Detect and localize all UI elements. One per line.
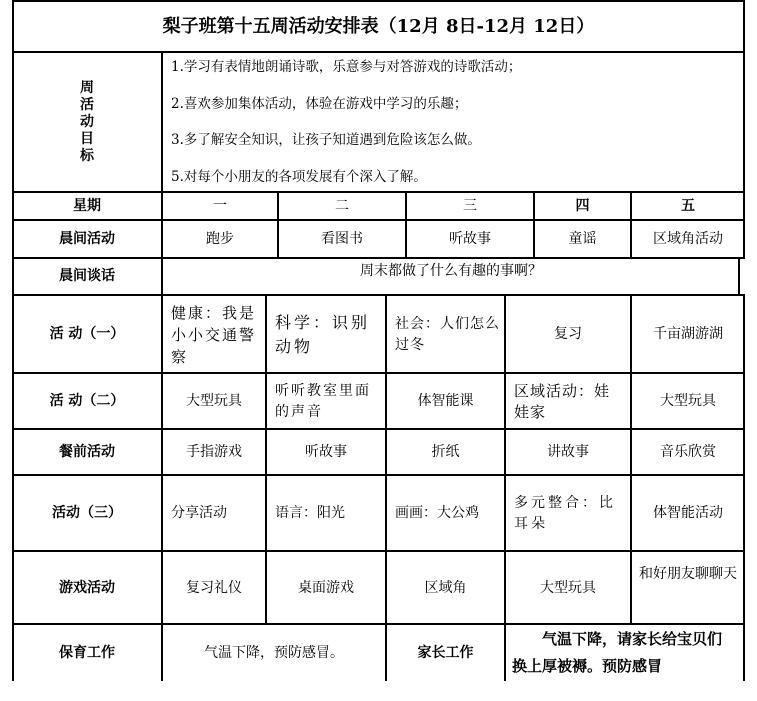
grid-line: [385, 294, 387, 681]
activity-3-fri: 体智能活动: [632, 476, 744, 551]
grid-line: [12, 550, 745, 552]
morning-activity-label: 晨间活动: [13, 221, 161, 258]
activity-1-fri: 千亩湖游湖: [632, 296, 744, 373]
grid-line: [504, 294, 506, 681]
game-activity-tue: 桌面游戏: [267, 552, 385, 624]
grid-line: [630, 294, 632, 625]
grid-line: [12, 623, 745, 625]
grid-line: [12, 0, 745, 2]
pre-meal-fri: 音乐欣赏: [632, 430, 744, 475]
grid-line: [533, 191, 535, 259]
goal-item: 3.多了解安全知识，让孩子知道遇到危险该怎么做。: [171, 130, 481, 151]
weekday-tue: 二: [279, 193, 405, 220]
game-activity-thu: 大型玩具: [506, 552, 630, 624]
activity-3-mon: 分享活动: [163, 476, 265, 551]
grid-line: [265, 294, 267, 625]
pre-meal-mon: 手指游戏: [163, 430, 265, 475]
morning-activity-fri: 区域角活动: [632, 221, 744, 258]
pre-meal-tue: 听故事: [267, 430, 385, 475]
weekday-fri: 五: [632, 193, 744, 220]
activity-2-tue: 听听教室里面的声音: [267, 374, 385, 429]
activity-1-thu: 复习: [506, 296, 630, 373]
morning-talk-value: 周末都做了什么有趣的事啊？: [163, 259, 739, 294]
grid-line: [161, 51, 163, 681]
game-activity-fri: 和好朋友聊聊天: [632, 552, 744, 624]
grid-line: [12, 294, 745, 296]
grid-line: [738, 257, 740, 295]
pre-meal-thu: 讲故事: [506, 430, 630, 475]
grid-line: [743, 0, 745, 258]
activity-3-label: 活动（三）: [13, 476, 161, 551]
game-activity-label: 游戏活动: [13, 552, 161, 624]
goal-item: 2.喜欢参加集体活动，体验在游戏中学习的乐趣；: [171, 94, 467, 115]
goal-label-char: 活: [80, 97, 94, 114]
morning-talk-label: 晨间谈话: [13, 259, 161, 294]
grid-line: [12, 0, 14, 681]
weekday-label: 星期: [13, 193, 161, 220]
grid-line: [12, 428, 745, 430]
activity-1-label: 活 动（一）: [13, 296, 161, 373]
activity-2-fri: 大型玩具: [632, 374, 744, 429]
pre-meal-label: 餐前活动: [13, 430, 161, 475]
pre-meal-wed: 折纸: [387, 430, 504, 475]
care-work-label: 保育工作: [13, 625, 161, 681]
goal-label-char: 周: [80, 80, 94, 97]
grid-line: [630, 191, 632, 259]
parent-work-label: 家长工作: [387, 625, 504, 681]
grid-line: [405, 191, 407, 259]
activity-1-mon: 健康：我是小小交通警察: [163, 296, 265, 373]
page-title: 梨子班第十五周活动安排表（12月 8日-12月 12日）: [13, 1, 744, 52]
activity-2-label: 活 动（二）: [13, 374, 161, 429]
weekday-mon: 一: [163, 193, 277, 220]
grid-line: [12, 51, 745, 53]
care-work-value: 气温下降，预防感冒。: [163, 625, 385, 681]
morning-activity-tue: 看图书: [279, 221, 405, 258]
weekday-wed: 三: [407, 193, 533, 220]
grid-line: [12, 474, 745, 476]
goal-item: 5.对每个小朋友的各项发展有个深入了解。: [171, 167, 427, 188]
goal-label-char: 动: [80, 114, 94, 131]
morning-activity-mon: 跑步: [163, 221, 277, 258]
goal-label-char: 标: [80, 148, 94, 165]
activity-3-tue: 语言：阳光: [267, 476, 385, 551]
weekly-goals-list: 1.学习有表情地朗诵诗歌，乐意参与对答游戏的诗歌活动； 2.喜欢参加集体活动，体…: [163, 53, 744, 192]
weekly-goals-label: 周 活 动 目 标: [13, 53, 161, 192]
grid-line: [12, 257, 745, 259]
activity-1-tue: 科学：识别动物: [267, 296, 385, 373]
activity-3-wed: 画画：大公鸡: [387, 476, 504, 551]
activity-2-mon: 大型玩具: [163, 374, 265, 429]
parent-work-value: 气温下降，请家长给宝贝们 换上厚被褥。预防感冒: [506, 625, 744, 681]
morning-activity-thu: 童谣: [535, 221, 630, 258]
goal-label-char: 目: [80, 131, 94, 148]
grid-line: [12, 191, 745, 193]
activity-1-wed: 社会：人们怎么过冬: [387, 296, 504, 373]
activity-2-wed: 体智能课: [387, 374, 504, 429]
game-activity-wed: 区域角: [387, 552, 504, 624]
grid-line: [12, 372, 745, 374]
activity-2-thu: 区域活动：娃娃家: [506, 374, 630, 429]
parent-work-line-1: 气温下降，请家长给宝贝们: [512, 626, 722, 653]
goal-item: 1.学习有表情地朗诵诗歌，乐意参与对答游戏的诗歌活动；: [171, 57, 521, 78]
weekday-thu: 四: [535, 193, 630, 220]
parent-work-line-2: 换上厚被褥。预防感冒: [512, 653, 662, 680]
grid-line: [743, 294, 745, 681]
game-activity-mon: 复习礼仪: [163, 552, 265, 624]
activity-3-thu: 多元整合：比耳朵: [506, 476, 630, 551]
grid-line: [277, 191, 279, 259]
grid-line: [12, 219, 745, 221]
morning-activity-wed: 听故事: [407, 221, 533, 258]
